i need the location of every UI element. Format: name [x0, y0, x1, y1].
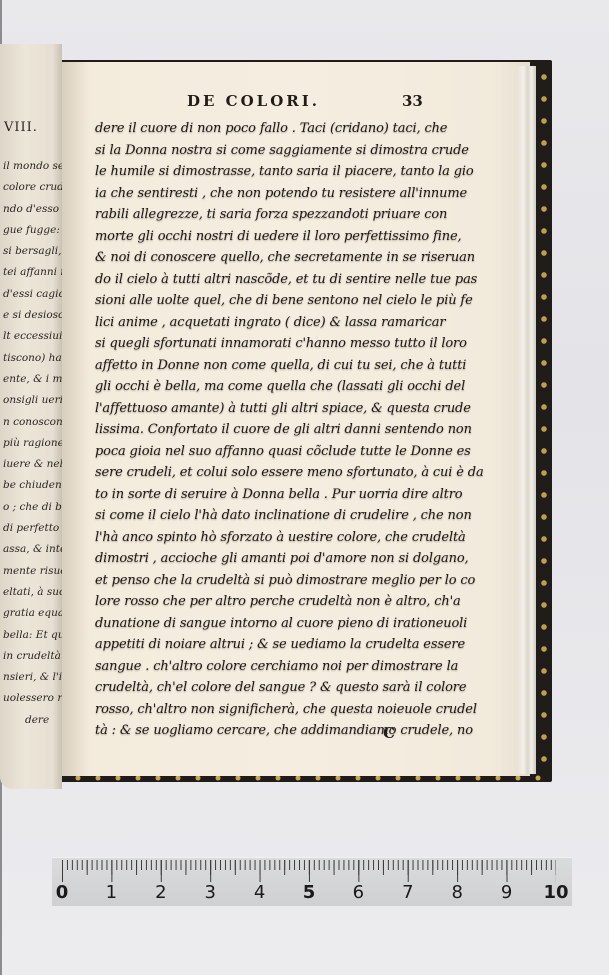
text-line: nsieri, & l'in	[3, 667, 62, 688]
text-line: iuere & nel	[3, 454, 62, 475]
ruler-label: 5	[303, 882, 316, 903]
text-line: gratia equale.	[3, 603, 62, 624]
text-line: lissima. Confortato il cuore de gli altr…	[95, 419, 470, 441]
text-line: appetiti di noiare altrui ; & se uediamo…	[95, 634, 470, 656]
text-line: affetto in Donne non come quella, di cui…	[95, 355, 470, 377]
page-edges	[518, 66, 536, 774]
text-line: gue fugge: ab	[3, 220, 62, 241]
text-line: lore rosso che per altro perche crudeltà…	[95, 591, 470, 613]
left-page-verso: VIII. il mondo senzcolore crudendo d'ess…	[0, 44, 62, 789]
text-line: ndo d'esso non	[3, 199, 62, 220]
page-number: 33	[402, 92, 423, 110]
ruler-label: 7	[402, 882, 413, 903]
text-line: dunatione di sangue intorno al cuore pie…	[95, 613, 470, 635]
main-text-block: dere il cuore di non poco fallo . Taci (…	[95, 118, 470, 742]
text-line: rabili allegrezze, ti saria forza spezza…	[95, 204, 470, 226]
text-line: si come il cielo l'hà dato inclinatione …	[95, 505, 470, 527]
text-line: l'affettuoso amante) à tutti gli altri s…	[95, 398, 470, 420]
measurement-ruler: 012345678910	[52, 857, 572, 906]
text-line: dimostri , accioche gli amanti poi d'amo…	[95, 548, 470, 570]
text-line: et penso che la crudeltà si può dimostra…	[95, 570, 470, 592]
ruler-label: 0	[56, 882, 69, 903]
text-line: assa, & inte	[3, 539, 62, 560]
text-line: si quegli sfortunati innamorati c'hanno …	[95, 333, 470, 355]
text-line: tei affanni mo	[3, 262, 62, 283]
text-line: tà : & se uogliamo cercare, che addimand…	[95, 720, 470, 742]
text-line: si la Donna nostra si come saggiamente s…	[95, 140, 470, 162]
left-running-head: VIII.	[4, 120, 38, 135]
text-line: di perfetto à	[3, 518, 62, 539]
text-line: tiscono) ha la	[3, 348, 62, 369]
text-line: bella: Et qua	[3, 625, 62, 646]
text-line: e si desioso di	[3, 305, 62, 326]
text-line: dere il cuore di non poco fallo . Taci (…	[95, 118, 470, 140]
text-line: d'essi cagione	[3, 284, 62, 305]
text-line: do il cielo à tutti altri nascõde, et tu…	[95, 269, 470, 291]
text-line: morte gli occhi nostri di uedere il loro…	[95, 226, 470, 248]
text-line: più ragione di	[3, 433, 62, 454]
ruler-label: 6	[353, 882, 364, 903]
left-page-text: il mondo senzcolore crudendo d'esso nong…	[3, 156, 62, 731]
ruler-ticks-icon	[62, 860, 556, 882]
text-line: crudeltà, ch'el colore del sangue ? & qu…	[95, 677, 470, 699]
ruler-label: 4	[254, 882, 265, 903]
text-line: il mondo senz	[3, 156, 62, 177]
ruler-label: 3	[204, 882, 215, 903]
text-line: colore crude	[3, 177, 62, 198]
ruler-labels: 012345678910	[52, 882, 572, 904]
gilt-tooling-right-icon	[538, 66, 550, 778]
ruler-label: 8	[451, 882, 462, 903]
text-line: onsigli ueri si,	[3, 390, 62, 411]
text-line: gli occhi è bella, ma come quella che (l…	[95, 376, 470, 398]
text-line: to in sorte di seruire à Donna bella . P…	[95, 484, 470, 506]
text-line: sangue . ch'altro colore cerchiamo noi p…	[95, 656, 470, 678]
text-line: be chiudendosi	[3, 475, 62, 496]
text-line: rosso, ch'altro non significherà, che qu…	[95, 699, 470, 721]
text-line: ia che sentiresti , che non potendo tu r…	[95, 183, 470, 205]
text-line: lt eccessiui cor	[3, 326, 62, 347]
text-line: sioni alle uolte quel, che di bene sento…	[95, 290, 470, 312]
text-line: uolessero ripré	[3, 688, 62, 709]
text-line: si bersagli, po	[3, 241, 62, 262]
text-line: le humile si dimostrasse, tanto saria il…	[95, 161, 470, 183]
text-line: mente risuon	[3, 561, 62, 582]
text-line: in crudeltà co	[3, 646, 62, 667]
text-line: poca gioia nel suo affanno quasi cõclude…	[95, 441, 470, 463]
text-line: lici anime , acquetati ingrato ( dice) &…	[95, 312, 470, 334]
text-line: sere crudeli, et colui solo essere meno …	[95, 462, 470, 484]
text-line: n conoscono la	[3, 412, 62, 433]
ruler-label: 10	[543, 882, 568, 903]
ruler-label: 9	[501, 882, 512, 903]
text-line: l'hà anco spinto hò sforzato à uestire c…	[95, 527, 470, 549]
ruler-label: 1	[106, 882, 117, 903]
text-line: o ; che di bello	[3, 497, 62, 518]
running-head: DE COLORI.	[187, 92, 320, 110]
text-line: & noi di conoscere quello, che secretame…	[95, 247, 470, 269]
signature-mark: C	[383, 724, 395, 742]
text-line: dere	[3, 710, 62, 731]
text-line: eltati, à suoi sa	[3, 582, 62, 603]
text-line: ente, & i miei	[3, 369, 62, 390]
ruler-label: 2	[155, 882, 166, 903]
